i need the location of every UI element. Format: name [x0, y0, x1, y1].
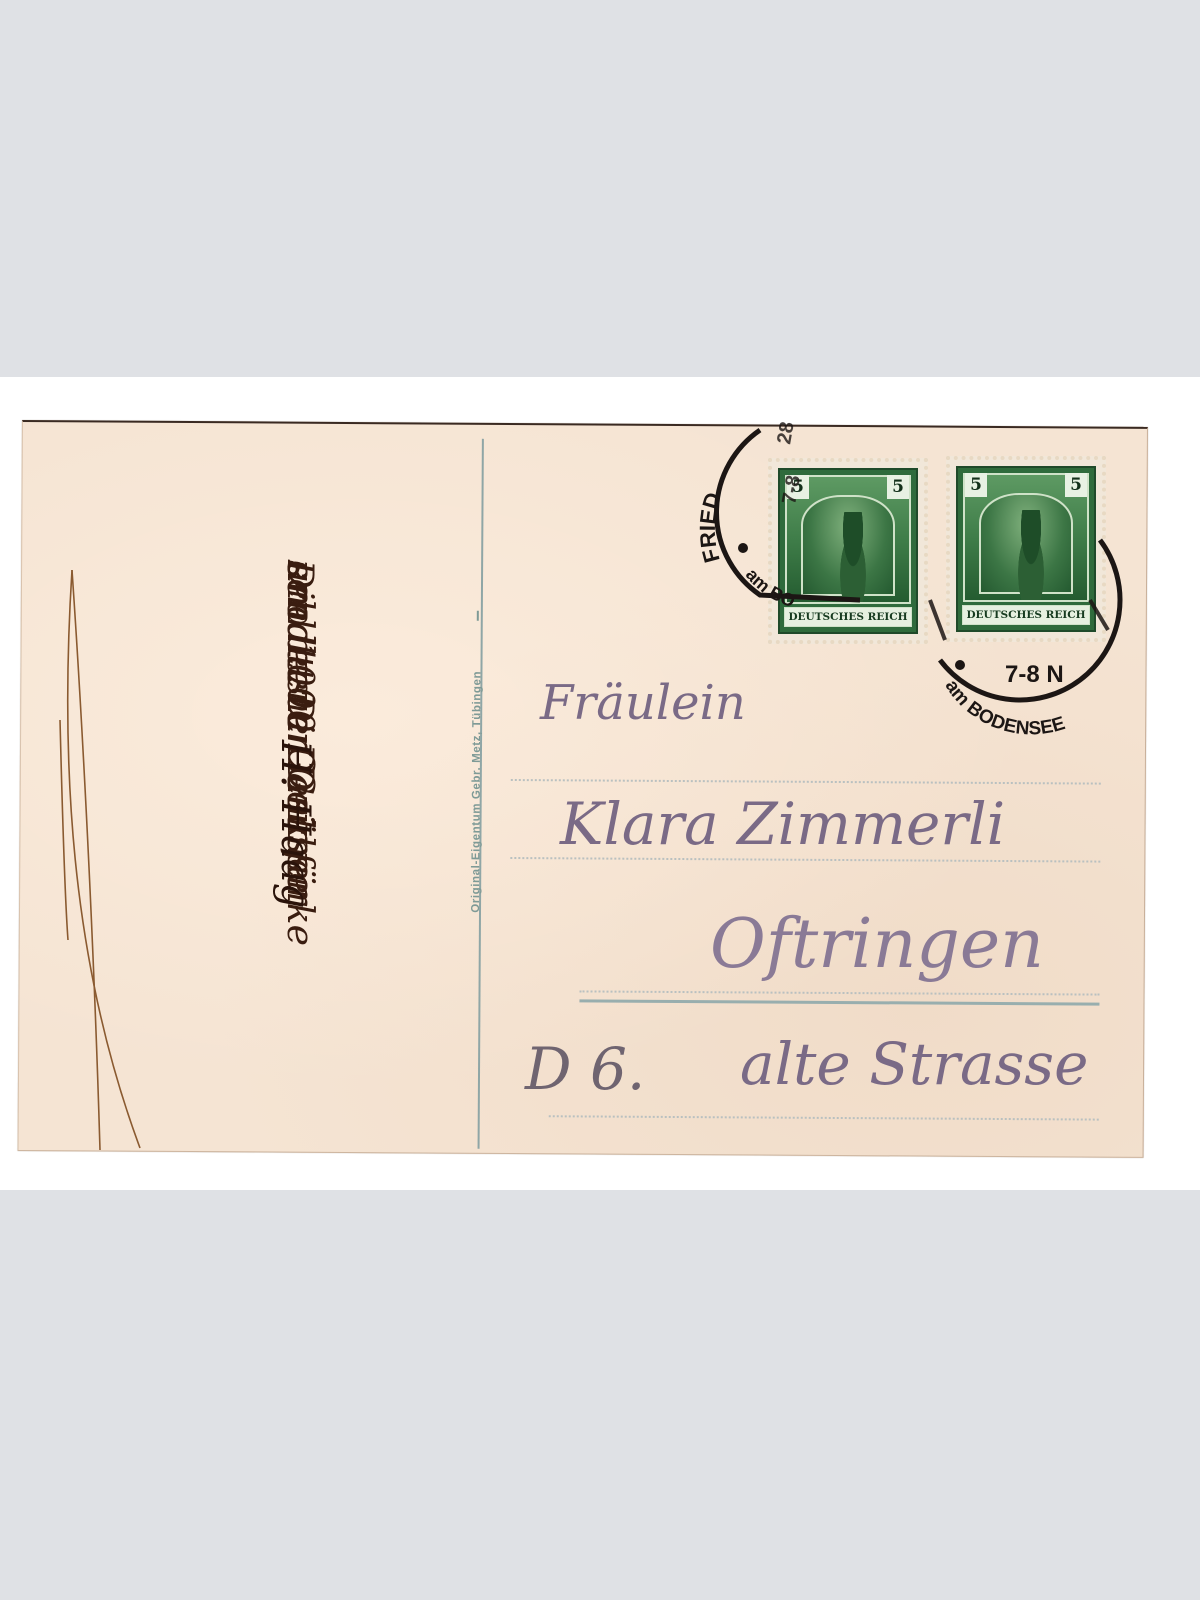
publisher-dash [477, 611, 479, 621]
stamp-legend: DEUTSCHES REICH [784, 607, 912, 627]
address-underline [579, 999, 1099, 1005]
address-line-1 [511, 779, 1101, 785]
viewer-bottom-band [0, 1190, 1200, 1600]
stamp-value-left: 5 [965, 473, 987, 497]
address-name: Klara Zimmerli [560, 790, 1005, 858]
publisher-imprint: Original-Eigentum Gebr. Metz, Tübingen [470, 671, 483, 913]
stamp-2: 5 5 DEUTSCHES REICH [946, 456, 1106, 642]
stamp-1: 5 5 DEUTSCHES REICH [768, 458, 928, 644]
message-signature: H. Haag [260, 560, 330, 909]
germania-portrait-icon [1011, 510, 1051, 600]
address-town: Oftringen [710, 905, 1044, 984]
viewer-top-band [0, 0, 1200, 377]
stamp-value-right: 5 [887, 475, 909, 499]
address-house-number: D 6. [525, 1035, 645, 1103]
address-line-4 [549, 1115, 1099, 1120]
stamp-value-left: 5 [787, 475, 809, 499]
stamp-value-right: 5 [1065, 473, 1087, 497]
germania-portrait-icon [833, 512, 873, 602]
address-line-3 [580, 990, 1100, 995]
stamp-legend: DEUTSCHES REICH [962, 605, 1090, 625]
address-salutation: Fräulein [540, 675, 746, 731]
address-street: alte Strasse [740, 1030, 1088, 1098]
